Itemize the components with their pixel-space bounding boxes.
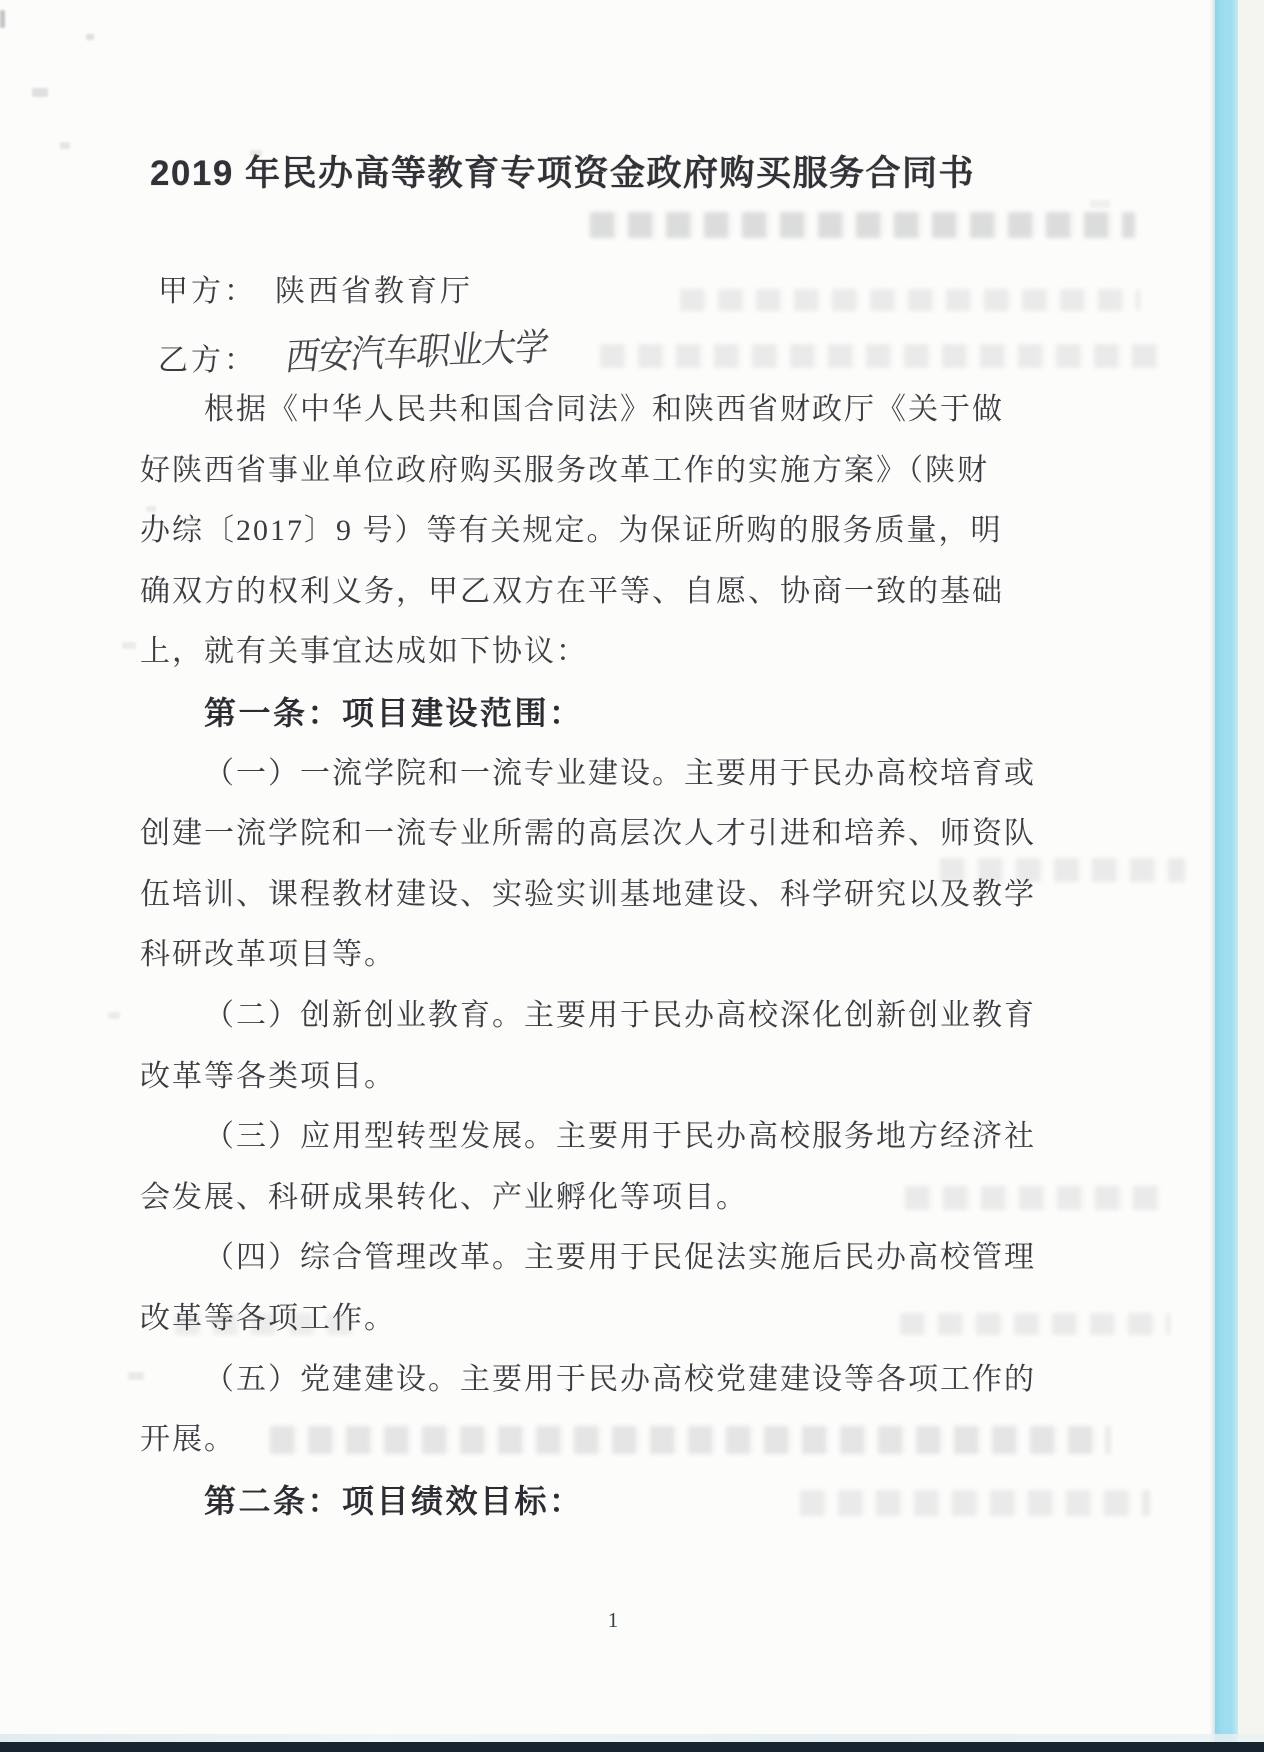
section-heading: 第一条：项目建设范围： (140, 683, 1040, 744)
scan-speck (122, 642, 136, 649)
contract-line: 改革等各类项目。 (140, 1047, 1040, 1108)
contract-body: 根据《中华人民共和国合同法》和陕西省财政厅《关于做好陕西省事业单位政府购买服务改… (140, 380, 1040, 1531)
contract-line: （三）应用型转型发展。主要用于民办高校服务地方经济社 (140, 1107, 1040, 1168)
contract-line: 伍培训、课程教材建设、实验实训基地建设、科学研究以及教学 (140, 865, 1040, 926)
party-b-handwritten-signature: 西安汽车职业大学 (283, 316, 552, 381)
bleed-through-artifact (590, 212, 1135, 238)
contract-line: 根据《中华人民共和国合同法》和陕西省财政厅《关于做 (140, 380, 1040, 441)
scan-speck (86, 34, 94, 40)
scanner-background (1238, 0, 1264, 1746)
scanned-contract-page: 2019 年民办高等教育专项资金政府购买服务合同书 甲方：陕西省教育厅 乙方：西… (0, 0, 1264, 1752)
contract-line: 确双方的权利义务，甲乙双方在平等、自愿、协商一致的基础 (140, 562, 1040, 623)
section-heading: 第二条：项目绩效目标： (140, 1471, 1040, 1532)
contract-line: 会发展、科研成果转化、产业孵化等项目。 (140, 1168, 1040, 1229)
contract-line: （一）一流学院和一流专业建设。主要用于民办高校培育或 (140, 744, 1040, 805)
bleed-through-artifact (680, 289, 1140, 311)
contract-line: （二）创新创业教育。主要用于民办高校深化创新创业教育 (140, 986, 1040, 1047)
scan-speck (250, 150, 262, 156)
party-b-label: 乙方： (158, 344, 257, 377)
page-title: 2019 年民办高等教育专项资金政府购买服务合同书 (60, 146, 1065, 196)
contract-line: 开展。 (140, 1410, 1040, 1471)
contract-line: 科研改革项目等。 (140, 925, 1040, 986)
party-a-value: 陕西省教育厅 (275, 275, 473, 308)
party-a-label: 甲方： (158, 275, 257, 308)
contract-line: （五）党建建设。主要用于民办高校党建建设等各项工作的 (140, 1350, 1040, 1411)
bleed-through-artifact (600, 344, 1160, 368)
scan-speck (32, 88, 48, 97)
contract-line: （四）综合管理改革。主要用于民促法实施后民办高校管理 (140, 1228, 1040, 1289)
party-b-row: 乙方：西安汽车职业大学 (158, 326, 579, 381)
scan-speck (108, 1012, 120, 1019)
scan-speck (1090, 200, 1110, 208)
scan-speck (60, 142, 70, 149)
contract-line: 办综〔2017〕9 号）等有关规定。为保证所购的服务质量，明 (140, 501, 1040, 562)
book-edge-cyan-strip (1215, 0, 1238, 1746)
contract-line: 好陕西省事业单位政府购买服务改革工作的实施方案》（陕财 (140, 441, 1040, 502)
scanner-edge-band (0, 1742, 1264, 1752)
contract-line: 改革等各项工作。 (140, 1289, 1040, 1350)
page-number: 1 (598, 1608, 628, 1633)
party-a-row: 甲方：陕西省教育厅 (158, 266, 473, 310)
contract-line: 创建一流学院和一流专业所需的高层次人才引进和培养、师资队 (140, 804, 1040, 865)
scan-speck (0, 10, 5, 28)
scan-bottom-pale-line (0, 1734, 1264, 1742)
contract-line: 上，就有关事宜达成如下协议： (140, 622, 1040, 683)
